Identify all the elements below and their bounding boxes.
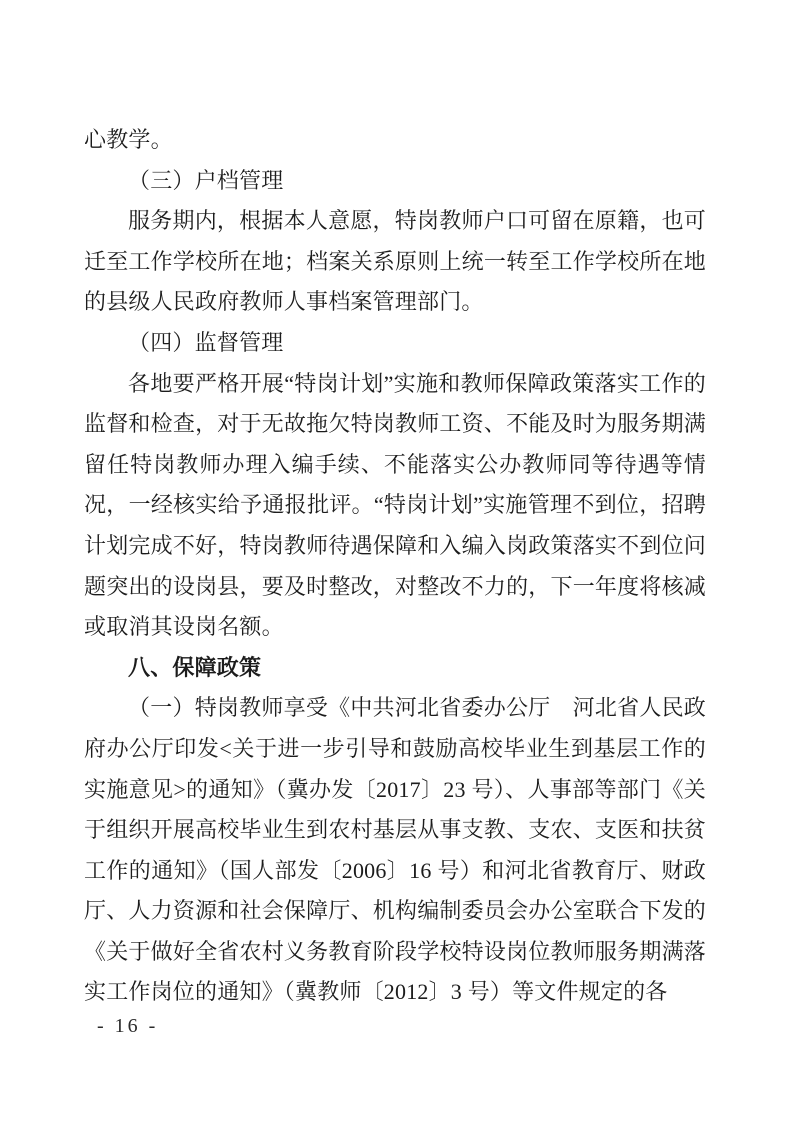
page-number: - 16 -	[97, 1012, 158, 1040]
paragraph: （四）监督管理	[84, 323, 706, 364]
section-heading: 八、保障政策	[84, 648, 706, 689]
paragraph: 服务期内，根据本人意愿，特岗教师户口可留在原籍，也可迁至工作学校所在地；档案关系…	[84, 201, 706, 323]
document-page: 心教学。（三）户档管理服务期内，根据本人意愿，特岗教师户口可留在原籍，也可迁至工…	[0, 0, 794, 1123]
paragraph: 各地要严格开展“特岗计划”实施和教师保障政策落实工作的监督和检查，对于无故拖欠特…	[84, 364, 706, 648]
paragraph: （三）户档管理	[84, 161, 706, 202]
paragraph: 心教学。	[84, 120, 706, 161]
paragraph: （一）特岗教师享受《中共河北省委办公厅 河北省人民政府办公厅印发<关于进一步引导…	[84, 688, 706, 1013]
document-body: 心教学。（三）户档管理服务期内，根据本人意愿，特岗教师户口可留在原籍，也可迁至工…	[84, 120, 706, 1013]
